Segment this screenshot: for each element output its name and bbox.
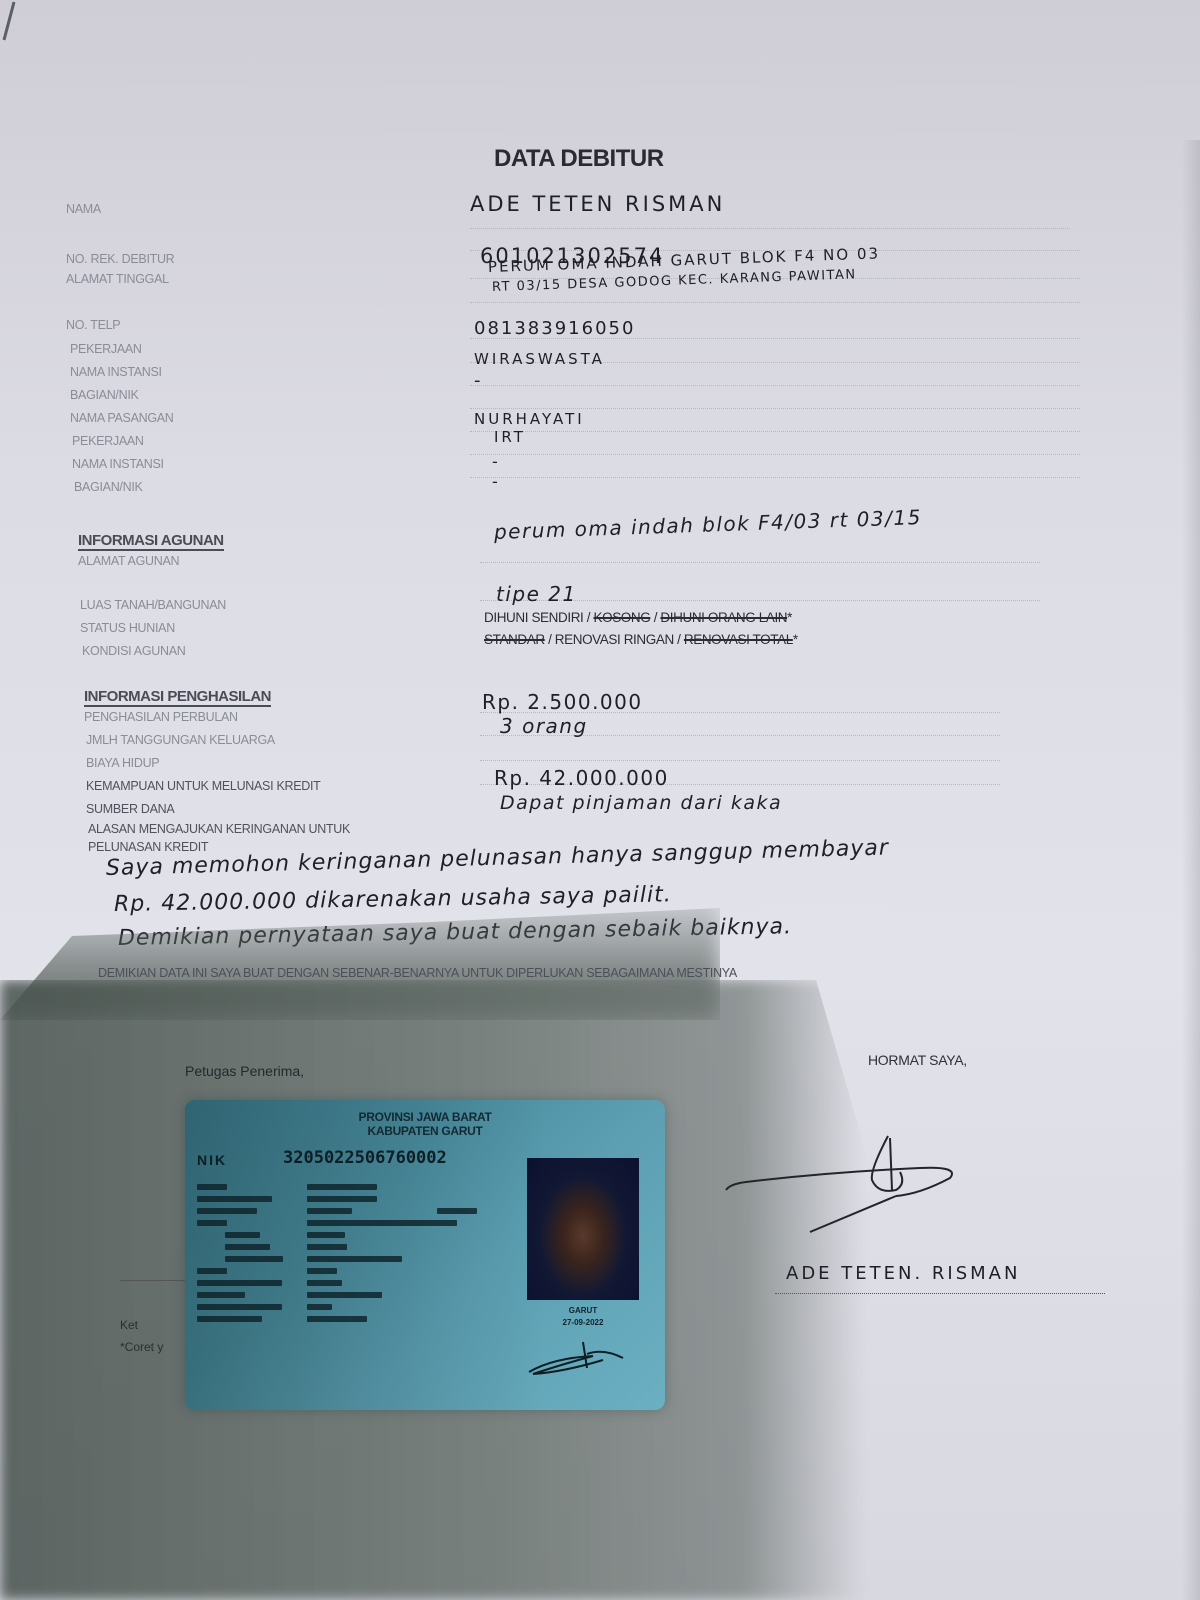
label-alasan: ALASAN MENGAJUKAN KERINGANAN UNTUK	[88, 822, 350, 836]
kondisi-agunan-options: STANDAR / RENOVASI RINGAN / RENOVASI TOT…	[484, 632, 798, 647]
value-nama-instansi-pasangan: -	[492, 452, 499, 471]
option-kosong: KOSONG	[593, 610, 650, 625]
label-penghasilan: PENGHASILAN PERBULAN	[84, 710, 238, 724]
coret-note: *Coret y	[120, 1340, 163, 1354]
option-renovasi-ringan: RENOVASI RINGAN	[555, 632, 674, 647]
value-pekerjaan-pasangan: IRT	[494, 428, 526, 446]
value-tanggungan: 3 orang	[500, 714, 588, 738]
value-kemampuan: Rp. 42.000.000	[494, 766, 669, 790]
answer-line	[470, 408, 1080, 409]
value-pekerjaan: WIRASWASTA	[474, 350, 605, 368]
label-sumber-dana: SUMBER DANA	[86, 802, 174, 816]
value-alamat-agunan: perum oma indah blok F4/03 rt 03/15	[494, 505, 923, 544]
label-nama: NAMA	[66, 202, 101, 216]
label-nama-instansi: NAMA INSTANSI	[70, 365, 162, 379]
id-card-issue-date: 27-09-2022	[527, 1318, 639, 1327]
id-card-photo	[527, 1158, 639, 1300]
value-sumber-dana: Dapat pinjaman dari kaka	[500, 792, 782, 814]
label-luas-tanah: LUAS TANAH/BANGUNAN	[80, 598, 226, 612]
label-nama-instansi-pasangan: NAMA INSTANSI	[72, 457, 164, 471]
signature-line	[775, 1293, 1105, 1294]
answer-line	[470, 228, 1070, 229]
answer-line	[470, 385, 1080, 386]
section-informasi-penghasilan: INFORMASI PENGHASILAN	[84, 688, 271, 707]
value-nama-instansi: -	[474, 370, 482, 391]
answer-line	[480, 562, 1040, 563]
label-alasan-line2: PELUNASAN KREDIT	[88, 840, 208, 854]
label-tanggungan: JMLH TANGGUNGAN KELUARGA	[86, 733, 275, 747]
label-kemampuan: KEMAMPUAN UNTUK MELUNASI KREDIT	[86, 779, 320, 793]
id-card-nik-label: NIK	[197, 1152, 227, 1168]
label-bagian-nik: BAGIAN/NIK	[70, 388, 139, 402]
footnote-mark: *	[787, 610, 792, 625]
id-card-signature-icon	[523, 1338, 643, 1378]
debtor-signature-icon	[720, 1130, 980, 1240]
document-photo: DATA DEBITUR NAMA NO. REK. DEBITUR ALAMA…	[0, 0, 1200, 1600]
value-penghasilan: Rp. 2.500.000	[482, 690, 643, 714]
label-status-hunian: STATUS HUNIAN	[80, 621, 175, 635]
id-card: PROVINSI JAWA BARAT KABUPATEN GARUT NIK …	[185, 1100, 665, 1410]
option-dihuni-sendiri: DIHUNI SENDIRI	[484, 610, 583, 625]
value-nama-pasangan: NURHAYATI	[474, 410, 585, 428]
label-pekerjaan-pasangan: PEKERJAAN	[72, 434, 144, 448]
value-bagian-nik-pasangan: -	[492, 472, 499, 491]
answer-line	[470, 454, 1080, 455]
reason-line-1: Saya memohon keringanan pelunasan hanya …	[106, 836, 890, 881]
label-alamat-agunan: ALAMAT AGUNAN	[78, 554, 179, 568]
answer-line	[470, 302, 1080, 303]
label-biaya-hidup: BIAYA HIDUP	[86, 756, 159, 770]
id-card-issue-place: GARUT	[527, 1306, 639, 1315]
value-luas-tanah: tipe 21	[496, 582, 577, 606]
debtor-sign-label: HORMAT SAYA,	[868, 1052, 967, 1068]
answer-line	[470, 477, 1080, 478]
label-pekerjaan: PEKERJAAN	[70, 342, 142, 356]
pen-mark-icon	[0, 0, 30, 50]
reason-line-2: Rp. 42.000.000 dikarenakan usaha saya pa…	[114, 882, 672, 917]
document-title: DATA DEBITUR	[494, 145, 664, 173]
id-card-regency: KABUPATEN GARUT	[185, 1124, 665, 1138]
option-renovasi-total: RENOVASI TOTAL	[684, 632, 793, 647]
section-informasi-agunan: INFORMASI AGUNAN	[78, 532, 224, 551]
label-nama-pasangan: NAMA PASANGAN	[70, 411, 174, 425]
label-no-rek: NO. REK. DEBITUR	[66, 252, 174, 266]
closing-statement: DEMIKIAN DATA INI SAYA BUAT DENGAN SEBEN…	[98, 966, 737, 980]
option-dihuni-orang-lain: DIHUNI ORANG LAIN	[660, 610, 787, 625]
footnote-mark: *	[793, 632, 798, 647]
value-nama: ADE TETEN RISMAN	[470, 192, 725, 216]
status-hunian-options: DIHUNI SENDIRI / KOSONG / DIHUNI ORANG L…	[484, 610, 792, 625]
officer-label: Petugas Penerima,	[185, 1063, 304, 1079]
value-no-telp: 081383916050	[474, 318, 635, 339]
paper-edge	[1182, 140, 1200, 1600]
ket-label: Ket	[120, 1318, 138, 1332]
officer-signature-line	[120, 1280, 190, 1281]
option-standar: STANDAR	[484, 632, 545, 647]
answer-line	[480, 760, 1000, 761]
id-card-province: PROVINSI JAWA BARAT	[185, 1110, 665, 1124]
label-kondisi-agunan: KONDISI AGUNAN	[82, 644, 185, 658]
debtor-printed-name: ADE TETEN. RISMAN	[786, 1263, 1020, 1284]
label-bagian-nik-pasangan: BAGIAN/NIK	[74, 480, 143, 494]
label-no-telp: NO. TELP	[66, 318, 120, 332]
id-card-nik: 3205022506760002	[283, 1148, 447, 1168]
label-alamat: ALAMAT TINGGAL	[66, 272, 169, 286]
answer-line	[470, 431, 1080, 432]
